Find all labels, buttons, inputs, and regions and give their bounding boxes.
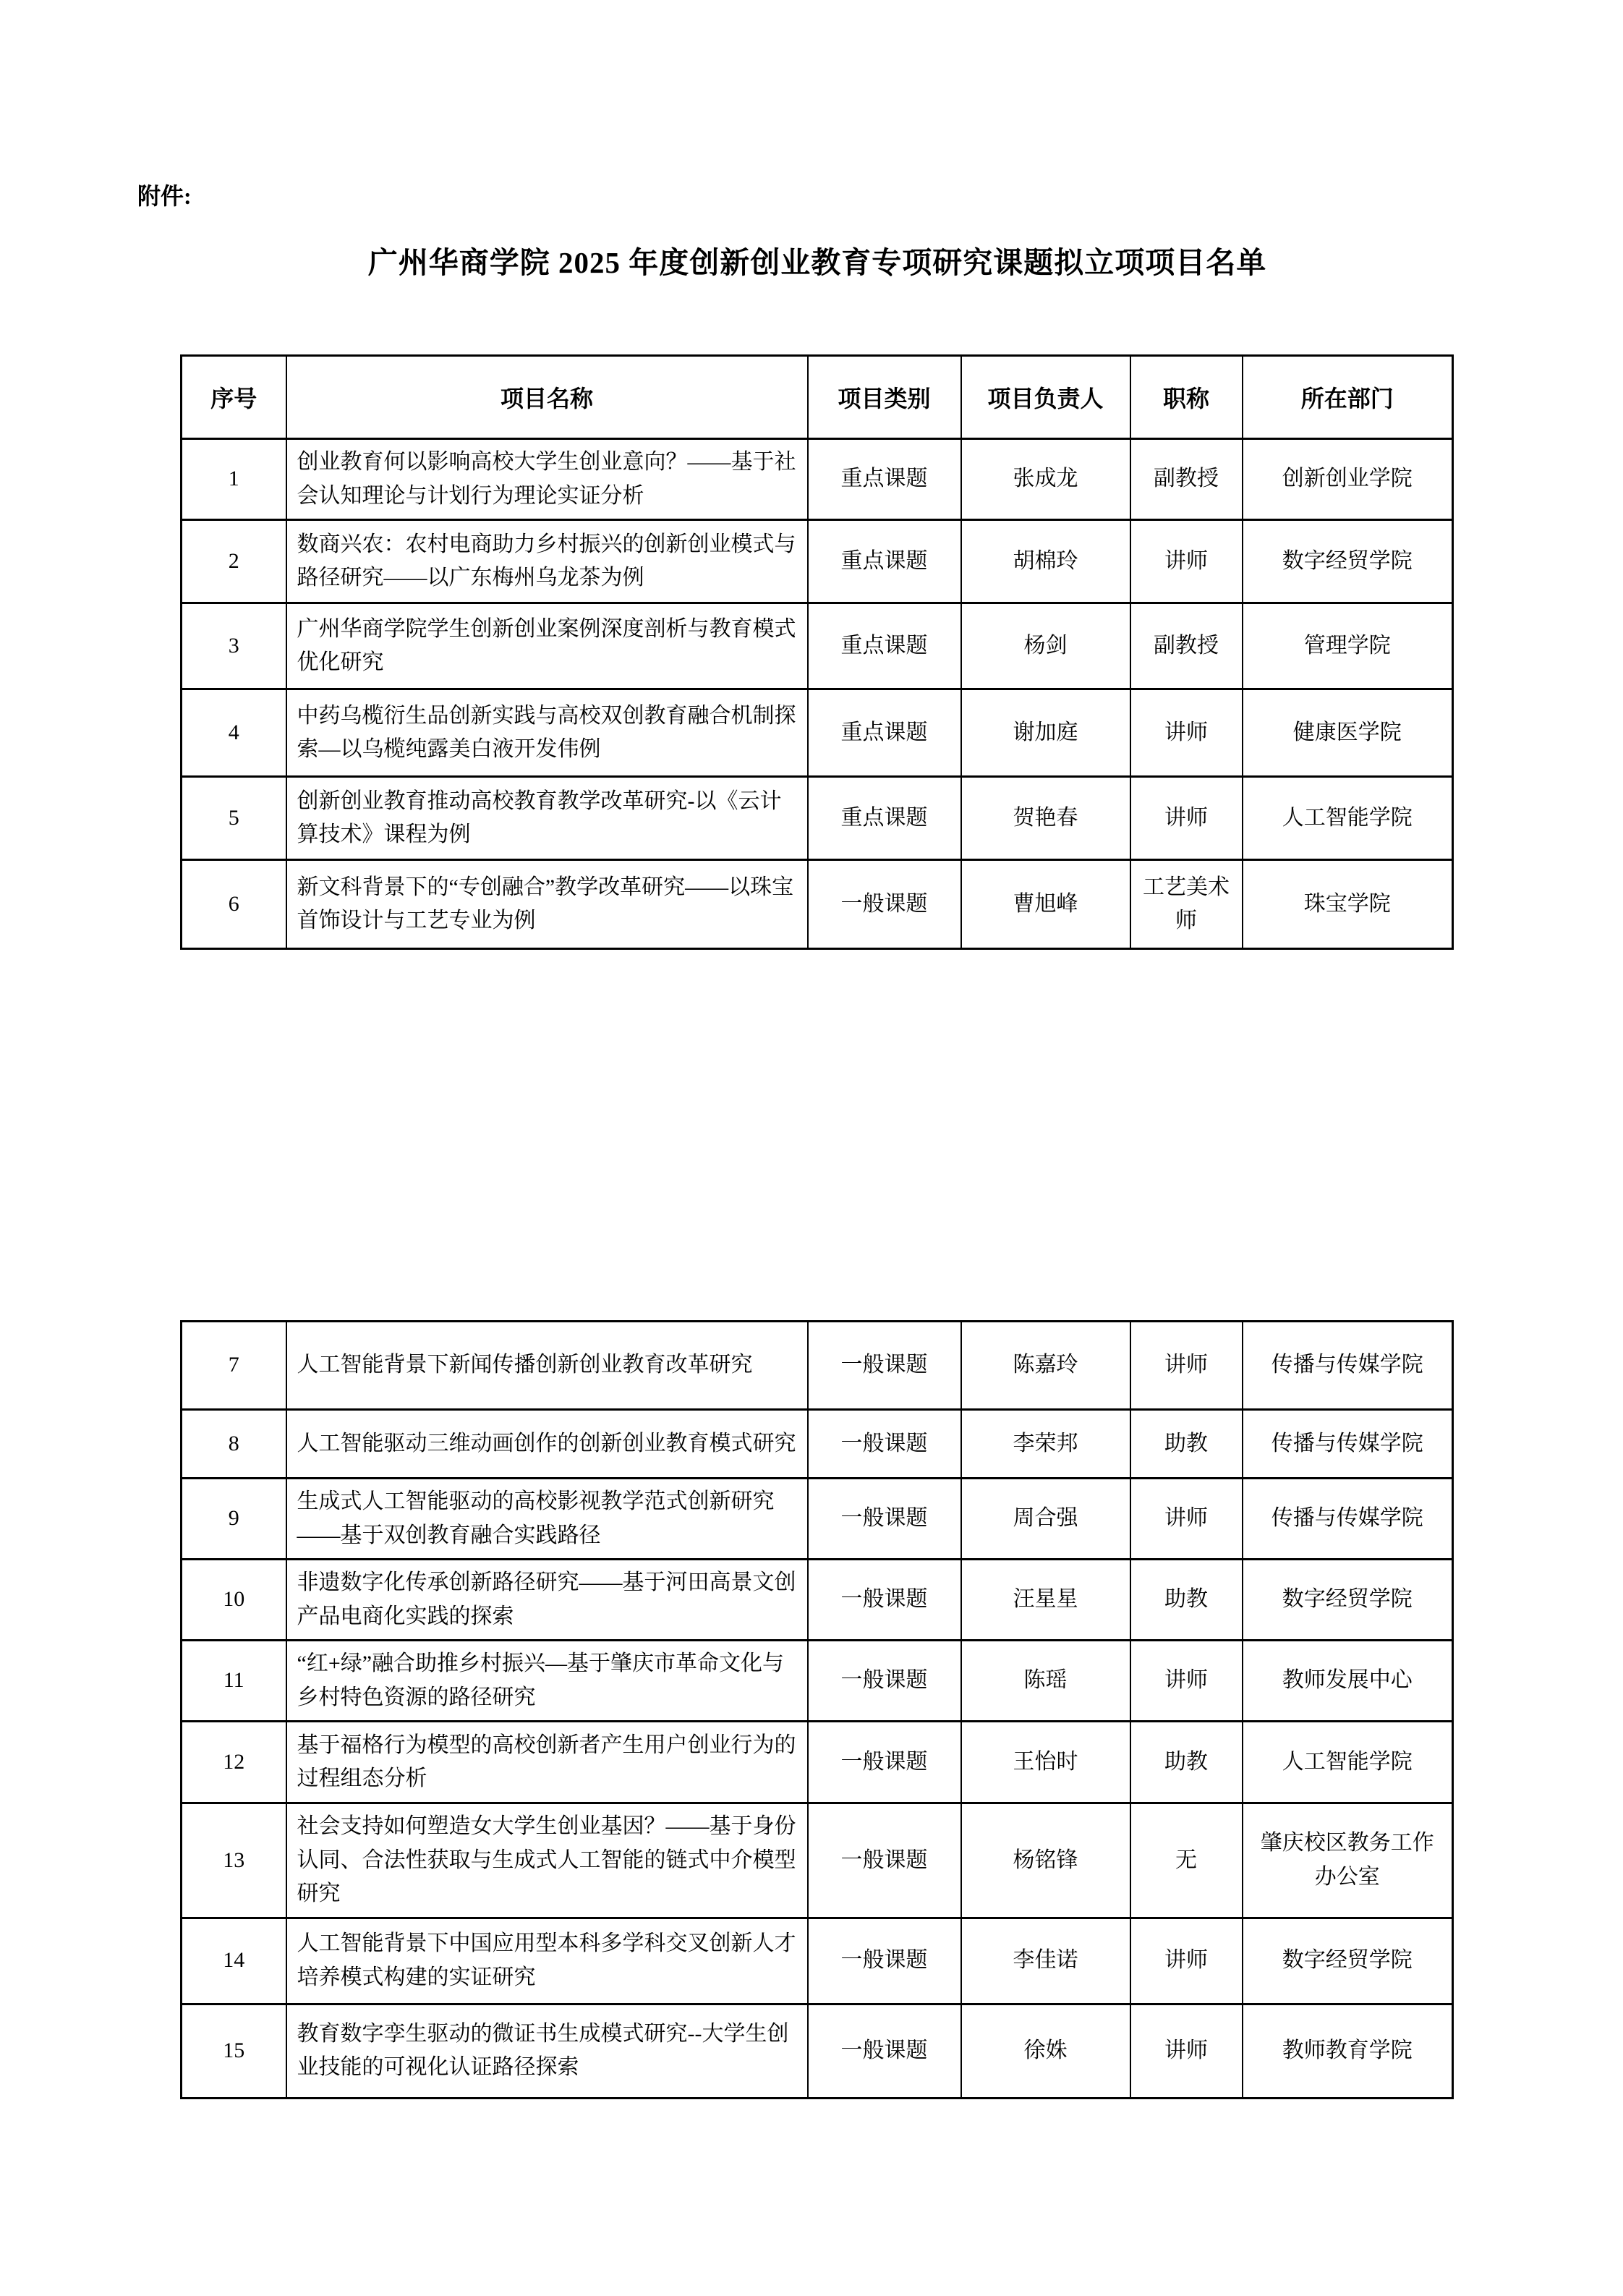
header-cell-dept: 所在部门 xyxy=(1243,356,1453,439)
header-cell-title: 职称 xyxy=(1130,356,1243,439)
cell-name: 人工智能驱动三维动画创作的创新创业教育模式研究 xyxy=(286,1410,808,1479)
cell-seq: 9 xyxy=(182,1479,286,1560)
cell-dept: 数字经贸学院 xyxy=(1243,1560,1453,1641)
cell-category: 一般课题 xyxy=(808,1560,961,1641)
cell-category: 重点课题 xyxy=(808,777,961,860)
cell-category: 一般课题 xyxy=(808,860,961,949)
cell-title: 讲师 xyxy=(1130,1918,1243,2004)
cell-category: 重点课题 xyxy=(808,689,961,777)
cell-leader: 李荣邦 xyxy=(961,1410,1130,1479)
cell-dept: 传播与传媒学院 xyxy=(1243,1322,1453,1410)
cell-category: 一般课题 xyxy=(808,1410,961,1479)
cell-name: 广州华商学院学生创新创业案例深度剖析与教育模式优化研究 xyxy=(286,603,808,689)
cell-category: 一般课题 xyxy=(808,2004,961,2098)
table-row: 10非遗数字化传承创新路径研究——基于河田高景文创产品电商化实践的探索一般课题汪… xyxy=(182,1560,1453,1641)
cell-category: 重点课题 xyxy=(808,439,961,520)
cell-name: 生成式人工智能驱动的高校影视教学范式创新研究——基于双创教育融合实践路径 xyxy=(286,1479,808,1560)
cell-seq: 10 xyxy=(182,1560,286,1641)
table-row: 1创业教育何以影响高校大学生创业意向？——基于社会认知理论与计划行为理论实证分析… xyxy=(182,439,1453,520)
cell-title: 讲师 xyxy=(1130,689,1243,777)
header-cell-leader: 项目负责人 xyxy=(961,356,1130,439)
cell-seq: 13 xyxy=(182,1803,286,1918)
cell-leader: 张成龙 xyxy=(961,439,1130,520)
cell-category: 一般课题 xyxy=(808,1918,961,2004)
header-cell-category: 项目类别 xyxy=(808,356,961,439)
cell-title: 讲师 xyxy=(1130,2004,1243,2098)
cell-name: 新文科背景下的“专创融合”教学改革研究——以珠宝首饰设计与工艺专业为例 xyxy=(286,860,808,949)
cell-leader: 李佳诺 xyxy=(961,1918,1130,2004)
cell-seq: 8 xyxy=(182,1410,286,1479)
cell-category: 一般课题 xyxy=(808,1803,961,1918)
cell-leader: 周合强 xyxy=(961,1479,1130,1560)
projects-table-page2: 7人工智能背景下新闻传播创新创业教育改革研究一般课题陈嘉玲讲师传播与传媒学院8人… xyxy=(180,1320,1454,2099)
cell-seq: 14 xyxy=(182,1918,286,2004)
cell-leader: 贺艳春 xyxy=(961,777,1130,860)
attachment-label: 附件: xyxy=(137,178,192,211)
cell-leader: 陈瑶 xyxy=(961,1641,1130,1722)
cell-dept: 传播与传媒学院 xyxy=(1243,1479,1453,1560)
cell-title: 讲师 xyxy=(1130,520,1243,603)
cell-name: 人工智能背景下中国应用型本科多学科交叉创新人才培养模式构建的实证研究 xyxy=(286,1918,808,2004)
header-cell-name: 项目名称 xyxy=(286,356,808,439)
cell-title: 助教 xyxy=(1130,1722,1243,1803)
table-row: 9生成式人工智能驱动的高校影视教学范式创新研究——基于双创教育融合实践路径一般课… xyxy=(182,1479,1453,1560)
cell-leader: 汪星星 xyxy=(961,1560,1130,1641)
cell-title: 讲师 xyxy=(1130,1641,1243,1722)
cell-category: 重点课题 xyxy=(808,603,961,689)
cell-name: 创业教育何以影响高校大学生创业意向？——基于社会认知理论与计划行为理论实证分析 xyxy=(286,439,808,520)
table-row: 5创新创业教育推动高校教育教学改革研究-以《云计算技术》课程为例重点课题贺艳春讲… xyxy=(182,777,1453,860)
cell-dept: 管理学院 xyxy=(1243,603,1453,689)
cell-category: 一般课题 xyxy=(808,1722,961,1803)
table-row: 2数商兴农：农村电商助力乡村振兴的创新创业模式与路径研究——以广东梅州乌龙茶为例… xyxy=(182,520,1453,603)
cell-dept: 数字经贸学院 xyxy=(1243,520,1453,603)
cell-title: 助教 xyxy=(1130,1560,1243,1641)
table-row: 11“红+绿”融合助推乡村振兴—基于肇庆市革命文化与乡村特色资源的路径研究一般课… xyxy=(182,1641,1453,1722)
cell-leader: 杨剑 xyxy=(961,603,1130,689)
cell-dept: 教师教育学院 xyxy=(1243,2004,1453,2098)
cell-seq: 5 xyxy=(182,777,286,860)
cell-title: 工艺美术师 xyxy=(1130,860,1243,949)
cell-name: 教育数字孪生驱动的微证书生成模式研究--大学生创业技能的可视化认证路径探索 xyxy=(286,2004,808,2098)
cell-seq: 12 xyxy=(182,1722,286,1803)
cell-dept: 珠宝学院 xyxy=(1243,860,1453,949)
cell-title: 讲师 xyxy=(1130,777,1243,860)
cell-dept: 教师发展中心 xyxy=(1243,1641,1453,1722)
cell-leader: 胡棉玲 xyxy=(961,520,1130,603)
cell-dept: 传播与传媒学院 xyxy=(1243,1410,1453,1479)
table-row: 15教育数字孪生驱动的微证书生成模式研究--大学生创业技能的可视化认证路径探索一… xyxy=(182,2004,1453,2098)
cell-name: 数商兴农：农村电商助力乡村振兴的创新创业模式与路径研究——以广东梅州乌龙茶为例 xyxy=(286,520,808,603)
cell-leader: 曹旭峰 xyxy=(961,860,1130,949)
cell-category: 一般课题 xyxy=(808,1479,961,1560)
cell-name: 人工智能背景下新闻传播创新创业教育改革研究 xyxy=(286,1322,808,1410)
document-page: { "page": { "attachment_label": "附件:", "… xyxy=(0,0,1623,2296)
cell-leader: 杨铭锋 xyxy=(961,1803,1130,1918)
cell-title: 无 xyxy=(1130,1803,1243,1918)
cell-seq: 15 xyxy=(182,2004,286,2098)
projects-table-page1: 序号项目名称项目类别项目负责人职称所在部门1创业教育何以影响高校大学生创业意向？… xyxy=(180,354,1454,950)
cell-dept: 健康医学院 xyxy=(1243,689,1453,777)
cell-leader: 谢加庭 xyxy=(961,689,1130,777)
cell-dept: 人工智能学院 xyxy=(1243,1722,1453,1803)
cell-dept: 人工智能学院 xyxy=(1243,777,1453,860)
cell-category: 一般课题 xyxy=(808,1322,961,1410)
table-row: 3广州华商学院学生创新创业案例深度剖析与教育模式优化研究重点课题杨剑副教授管理学… xyxy=(182,603,1453,689)
cell-seq: 7 xyxy=(182,1322,286,1410)
cell-leader: 徐姝 xyxy=(961,2004,1130,2098)
cell-category: 重点课题 xyxy=(808,520,961,603)
cell-seq: 6 xyxy=(182,860,286,949)
cell-name: “红+绿”融合助推乡村振兴—基于肇庆市革命文化与乡村特色资源的路径研究 xyxy=(286,1641,808,1722)
cell-category: 一般课题 xyxy=(808,1641,961,1722)
cell-seq: 1 xyxy=(182,439,286,520)
table-row: 4中药乌榄衍生品创新实践与高校双创教育融合机制探索—以乌榄纯露美白液开发伟例重点… xyxy=(182,689,1453,777)
header-cell-seq: 序号 xyxy=(182,356,286,439)
cell-title: 讲师 xyxy=(1130,1479,1243,1560)
table-row: 8人工智能驱动三维动画创作的创新创业教育模式研究一般课题李荣邦助教传播与传媒学院 xyxy=(182,1410,1453,1479)
table-row: 12基于福格行为模型的高校创新者产生用户创业行为的过程组态分析一般课题王怡时助教… xyxy=(182,1722,1453,1803)
cell-dept: 创新创业学院 xyxy=(1243,439,1453,520)
cell-seq: 4 xyxy=(182,689,286,777)
cell-title: 讲师 xyxy=(1130,1322,1243,1410)
cell-seq: 2 xyxy=(182,520,286,603)
cell-leader: 王怡时 xyxy=(961,1722,1130,1803)
cell-name: 基于福格行为模型的高校创新者产生用户创业行为的过程组态分析 xyxy=(286,1722,808,1803)
header-row: 序号项目名称项目类别项目负责人职称所在部门 xyxy=(182,356,1453,439)
cell-seq: 3 xyxy=(182,603,286,689)
cell-name: 中药乌榄衍生品创新实践与高校双创教育融合机制探索—以乌榄纯露美白液开发伟例 xyxy=(286,689,808,777)
table-row: 6新文科背景下的“专创融合”教学改革研究——以珠宝首饰设计与工艺专业为例一般课题… xyxy=(182,860,1453,949)
cell-name: 非遗数字化传承创新路径研究——基于河田高景文创产品电商化实践的探索 xyxy=(286,1560,808,1641)
table-row: 14人工智能背景下中国应用型本科多学科交叉创新人才培养模式构建的实证研究一般课题… xyxy=(182,1918,1453,2004)
cell-dept: 数字经贸学院 xyxy=(1243,1918,1453,2004)
cell-name: 社会支持如何塑造女大学生创业基因？——基于身份认同、合法性获取与生成式人工智能的… xyxy=(286,1803,808,1918)
page-title: 广州华商学院 2025 年度创新创业教育专项研究课题拟立项项目名单 xyxy=(94,239,1541,281)
table-row: 7人工智能背景下新闻传播创新创业教育改革研究一般课题陈嘉玲讲师传播与传媒学院 xyxy=(182,1322,1453,1410)
cell-name: 创新创业教育推动高校教育教学改革研究-以《云计算技术》课程为例 xyxy=(286,777,808,860)
cell-leader: 陈嘉玲 xyxy=(961,1322,1130,1410)
cell-title: 副教授 xyxy=(1130,439,1243,520)
cell-title: 助教 xyxy=(1130,1410,1243,1479)
cell-title: 副教授 xyxy=(1130,603,1243,689)
table-row: 13社会支持如何塑造女大学生创业基因？——基于身份认同、合法性获取与生成式人工智… xyxy=(182,1803,1453,1918)
cell-dept: 肇庆校区教务工作办公室 xyxy=(1243,1803,1453,1918)
cell-seq: 11 xyxy=(182,1641,286,1722)
